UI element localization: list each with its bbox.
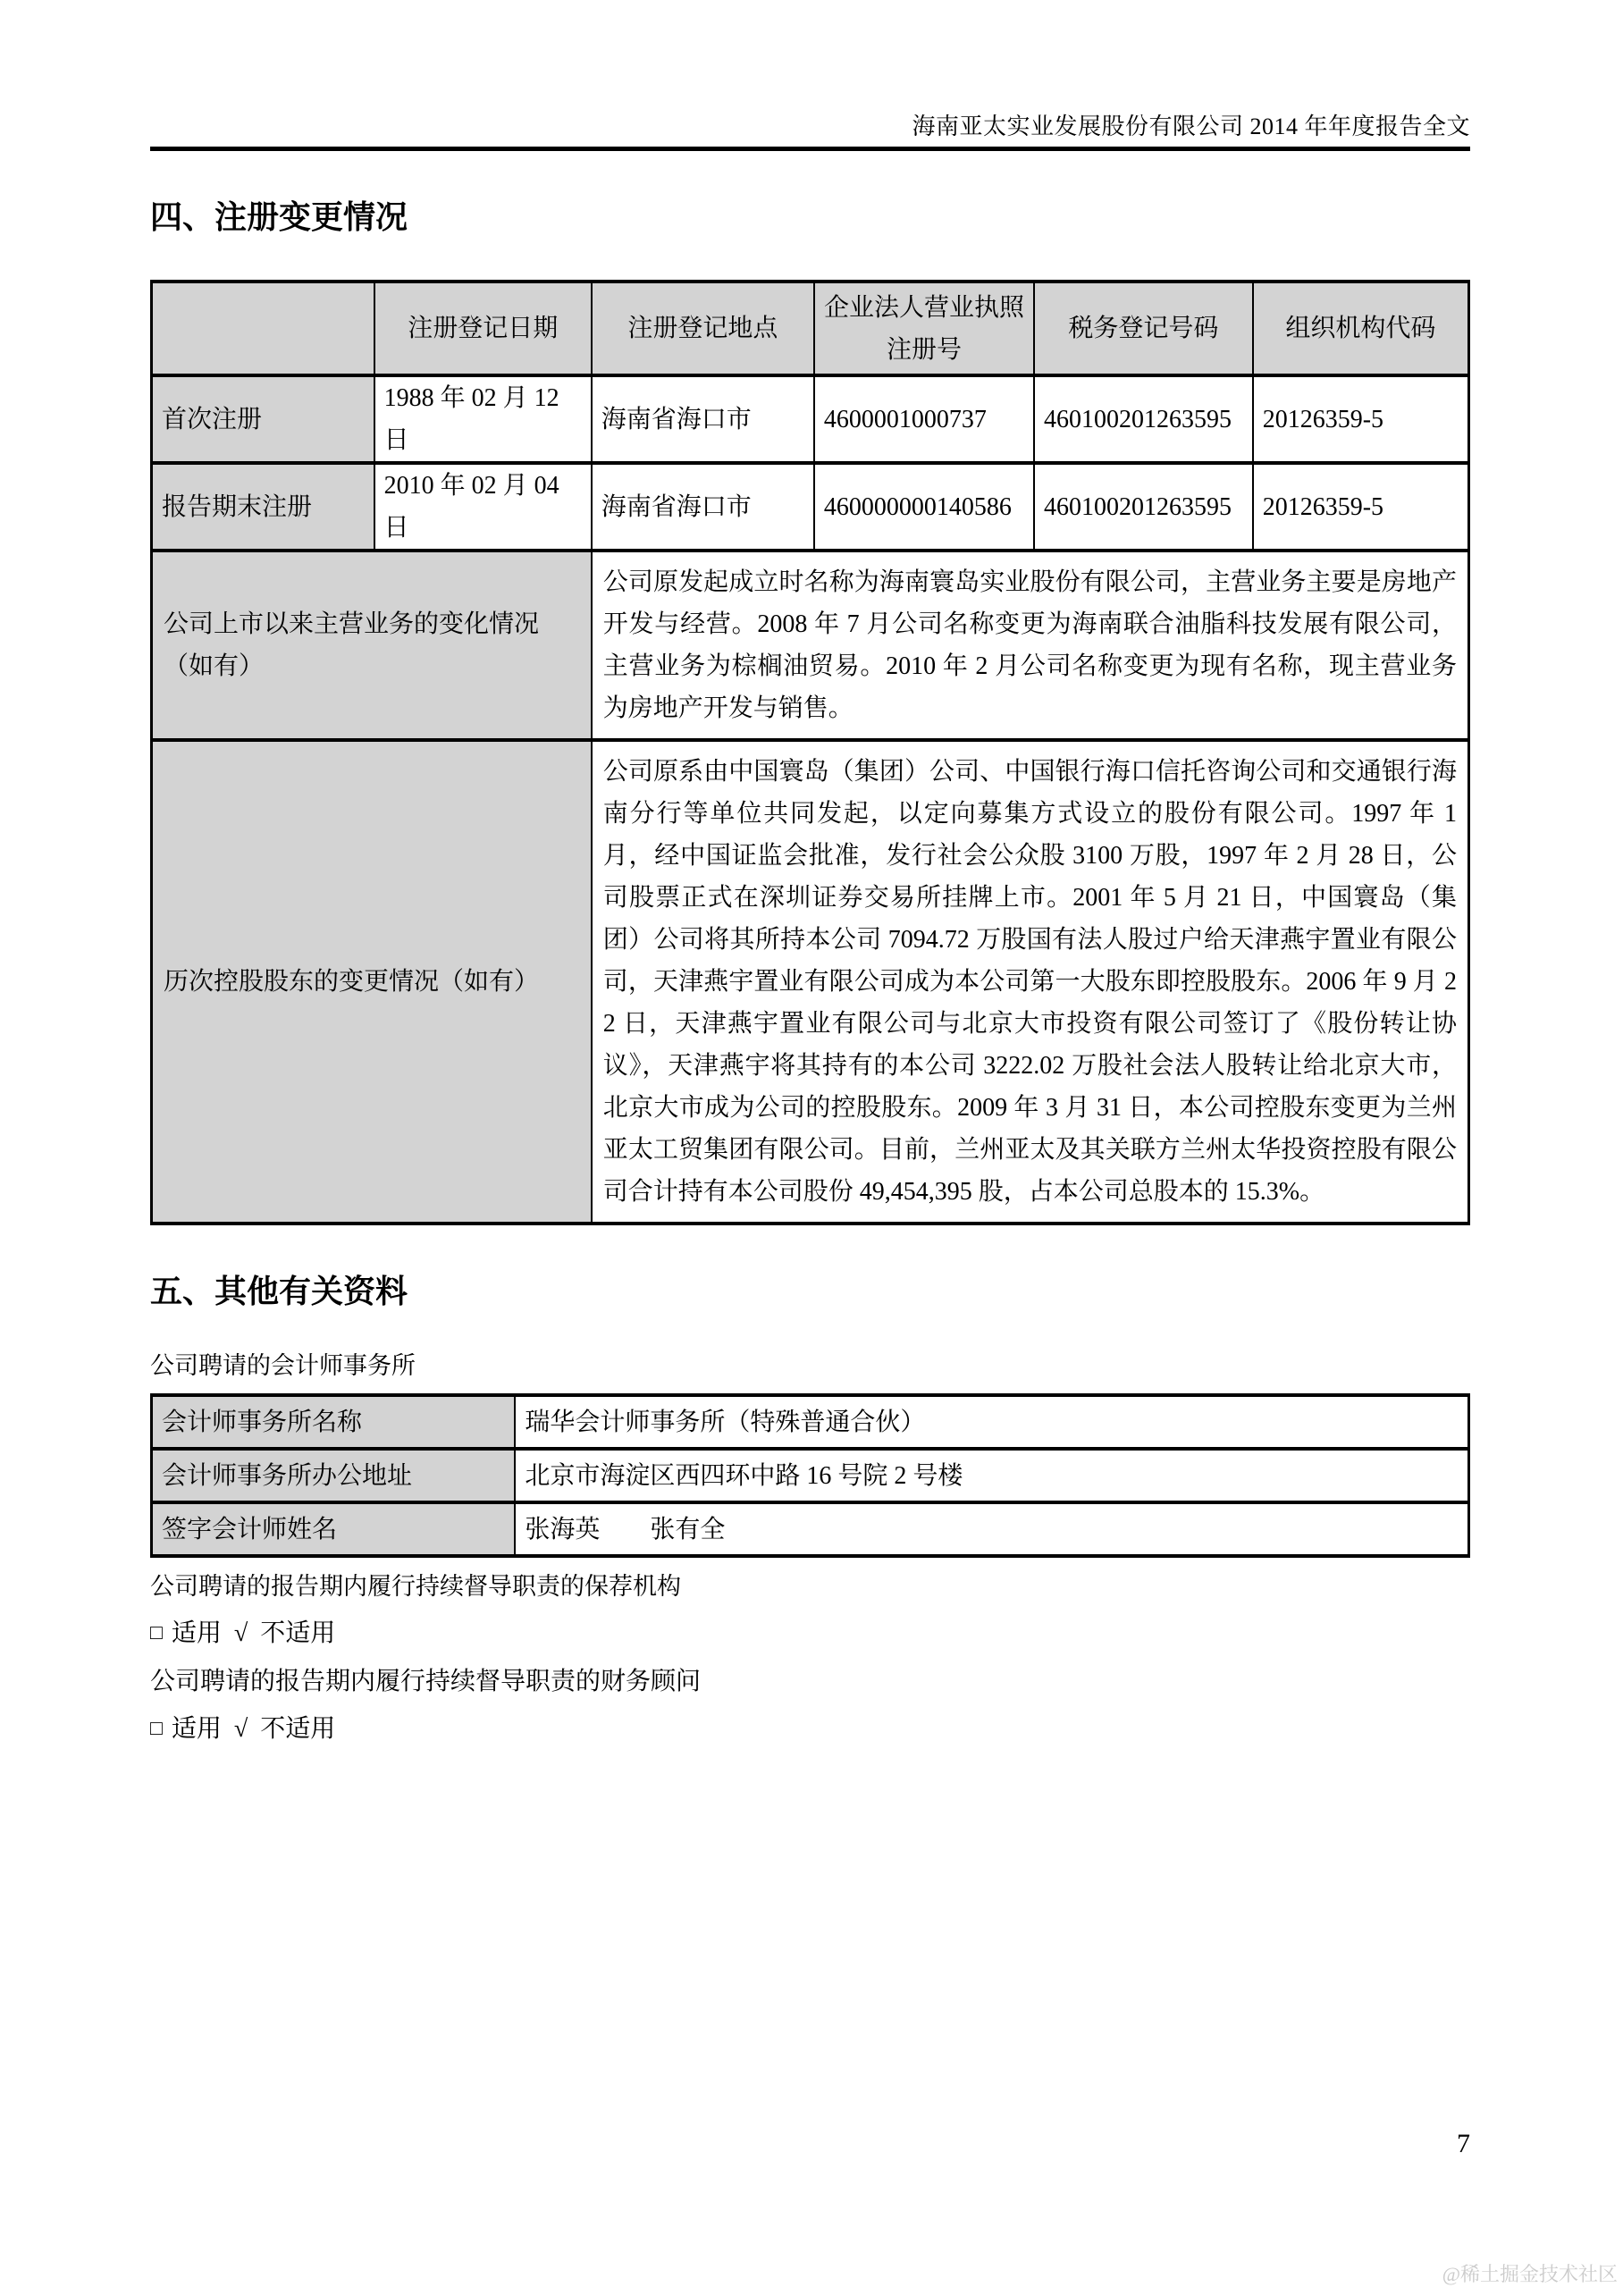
- table-row-controller-change: 历次控股股东的变更情况（如有） 公司原系由中国寰岛（集团）公司、中国银行海口信托…: [152, 740, 1469, 1224]
- table-row-firm-address: 会计师事务所办公地址 北京市海淀区西四环中路 16 号院 2 号楼: [152, 1449, 1469, 1502]
- table-row-first-registration: 首次注册 1988 年 02 月 12 日 海南省海口市 46000010007…: [152, 375, 1469, 463]
- check-icon: √: [231, 1715, 251, 1743]
- checkbox-icon: □: [150, 1717, 163, 1739]
- watermark-text: @稀土掘金技术社区: [1442, 2262, 1618, 2287]
- checkbox-icon: □: [150, 1621, 163, 1644]
- reg-header-place: 注册登记地点: [592, 282, 814, 375]
- accounting-firm-intro: 公司聘请的会计师事务所: [150, 1350, 1470, 1381]
- cell-org-code: 20126359-5: [1253, 375, 1469, 463]
- signing-accountants-label: 签字会计师姓名: [152, 1502, 516, 1556]
- table-row-business-change: 公司上市以来主营业务的变化情况（如有） 公司原发起成立时名称为海南寰岛实业股份有…: [152, 551, 1469, 740]
- business-change-content: 公司原发起成立时名称为海南寰岛实业股份有限公司，主营业务主要是房地产开发与经营。…: [592, 551, 1469, 740]
- cell-tax-no: 460100201263595: [1034, 375, 1253, 463]
- section5-title: 五、其他有关资料: [150, 1272, 1470, 1311]
- not-applicable-label: 不适用: [260, 1619, 335, 1647]
- table-row-signing-accountants: 签字会计师姓名 张海英 张有全: [152, 1502, 1469, 1556]
- cell-reg-place: 海南省海口市: [592, 463, 814, 551]
- not-applicable-label: 不适用: [260, 1715, 335, 1743]
- row-label: 首次注册: [152, 375, 374, 463]
- applicable-label: 适用: [172, 1619, 222, 1647]
- reg-header-license-no: 企业法人营业执照注册号: [814, 282, 1034, 375]
- firm-name-value: 瑞华会计师事务所（特殊普通合伙）: [515, 1395, 1468, 1449]
- controller-change-label: 历次控股股东的变更情况（如有）: [152, 740, 592, 1224]
- header-rule: [150, 147, 1470, 151]
- page-number: 7: [1457, 2128, 1470, 2160]
- advisor-applicability-line: □适用√不适用: [150, 1714, 1470, 1745]
- cell-license-no: 4600001000737: [814, 375, 1034, 463]
- firm-address-label: 会计师事务所办公地址: [152, 1449, 516, 1502]
- reg-header-tax-no: 税务登记号码: [1034, 282, 1253, 375]
- cell-reg-date: 2010 年 02 月 04 日: [374, 463, 592, 551]
- applicable-label: 适用: [172, 1715, 222, 1743]
- business-change-label: 公司上市以来主营业务的变化情况（如有）: [152, 551, 592, 740]
- cell-tax-no: 460100201263595: [1034, 463, 1253, 551]
- cell-license-no: 460000000140586: [814, 463, 1034, 551]
- sponsor-applicability-line: □适用√不适用: [150, 1619, 1470, 1650]
- row-label: 报告期末注册: [152, 463, 374, 551]
- check-icon: √: [231, 1619, 251, 1647]
- section4-title: 四、注册变更情况: [150, 198, 1470, 237]
- firm-address-value: 北京市海淀区西四环中路 16 号院 2 号楼: [515, 1449, 1468, 1502]
- cell-reg-date: 1988 年 02 月 12 日: [374, 375, 592, 463]
- table-row-period-end-registration: 报告期末注册 2010 年 02 月 04 日 海南省海口市 460000000…: [152, 463, 1469, 551]
- page-content: 海南亚太实业发展股份有限公司 2014 年年度报告全文 四、注册变更情况 注册登…: [150, 0, 1470, 1745]
- registration-change-table: 注册登记日期 注册登记地点 企业法人营业执照注册号 税务登记号码 组织机构代码 …: [150, 280, 1470, 1225]
- document-page: 海南亚太实业发展股份有限公司 2014 年年度报告全文 四、注册变更情况 注册登…: [0, 0, 1623, 2296]
- report-header-title: 海南亚太实业发展股份有限公司 2014 年年度报告全文: [150, 113, 1470, 141]
- signing-accountants-value: 张海英 张有全: [515, 1502, 1468, 1556]
- advisor-duty-text: 公司聘请的报告期内履行持续督导职责的财务顾问: [150, 1667, 1470, 1697]
- accounting-firm-table: 会计师事务所名称 瑞华会计师事务所（特殊普通合伙） 会计师事务所办公地址 北京市…: [150, 1393, 1470, 1558]
- reg-table-header-row: 注册登记日期 注册登记地点 企业法人营业执照注册号 税务登记号码 组织机构代码: [152, 282, 1469, 375]
- firm-name-label: 会计师事务所名称: [152, 1395, 516, 1449]
- sponsor-duty-text: 公司聘请的报告期内履行持续督导职责的保荐机构: [150, 1571, 1470, 1602]
- reg-header-date: 注册登记日期: [374, 282, 592, 375]
- cell-org-code: 20126359-5: [1253, 463, 1469, 551]
- controller-change-content: 公司原系由中国寰岛（集团）公司、中国银行海口信托咨询公司和交通银行海南分行等单位…: [592, 740, 1469, 1224]
- table-row-firm-name: 会计师事务所名称 瑞华会计师事务所（特殊普通合伙）: [152, 1395, 1469, 1449]
- cell-reg-place: 海南省海口市: [592, 375, 814, 463]
- reg-header-empty-cell: [152, 282, 374, 375]
- reg-header-org-code: 组织机构代码: [1253, 282, 1469, 375]
